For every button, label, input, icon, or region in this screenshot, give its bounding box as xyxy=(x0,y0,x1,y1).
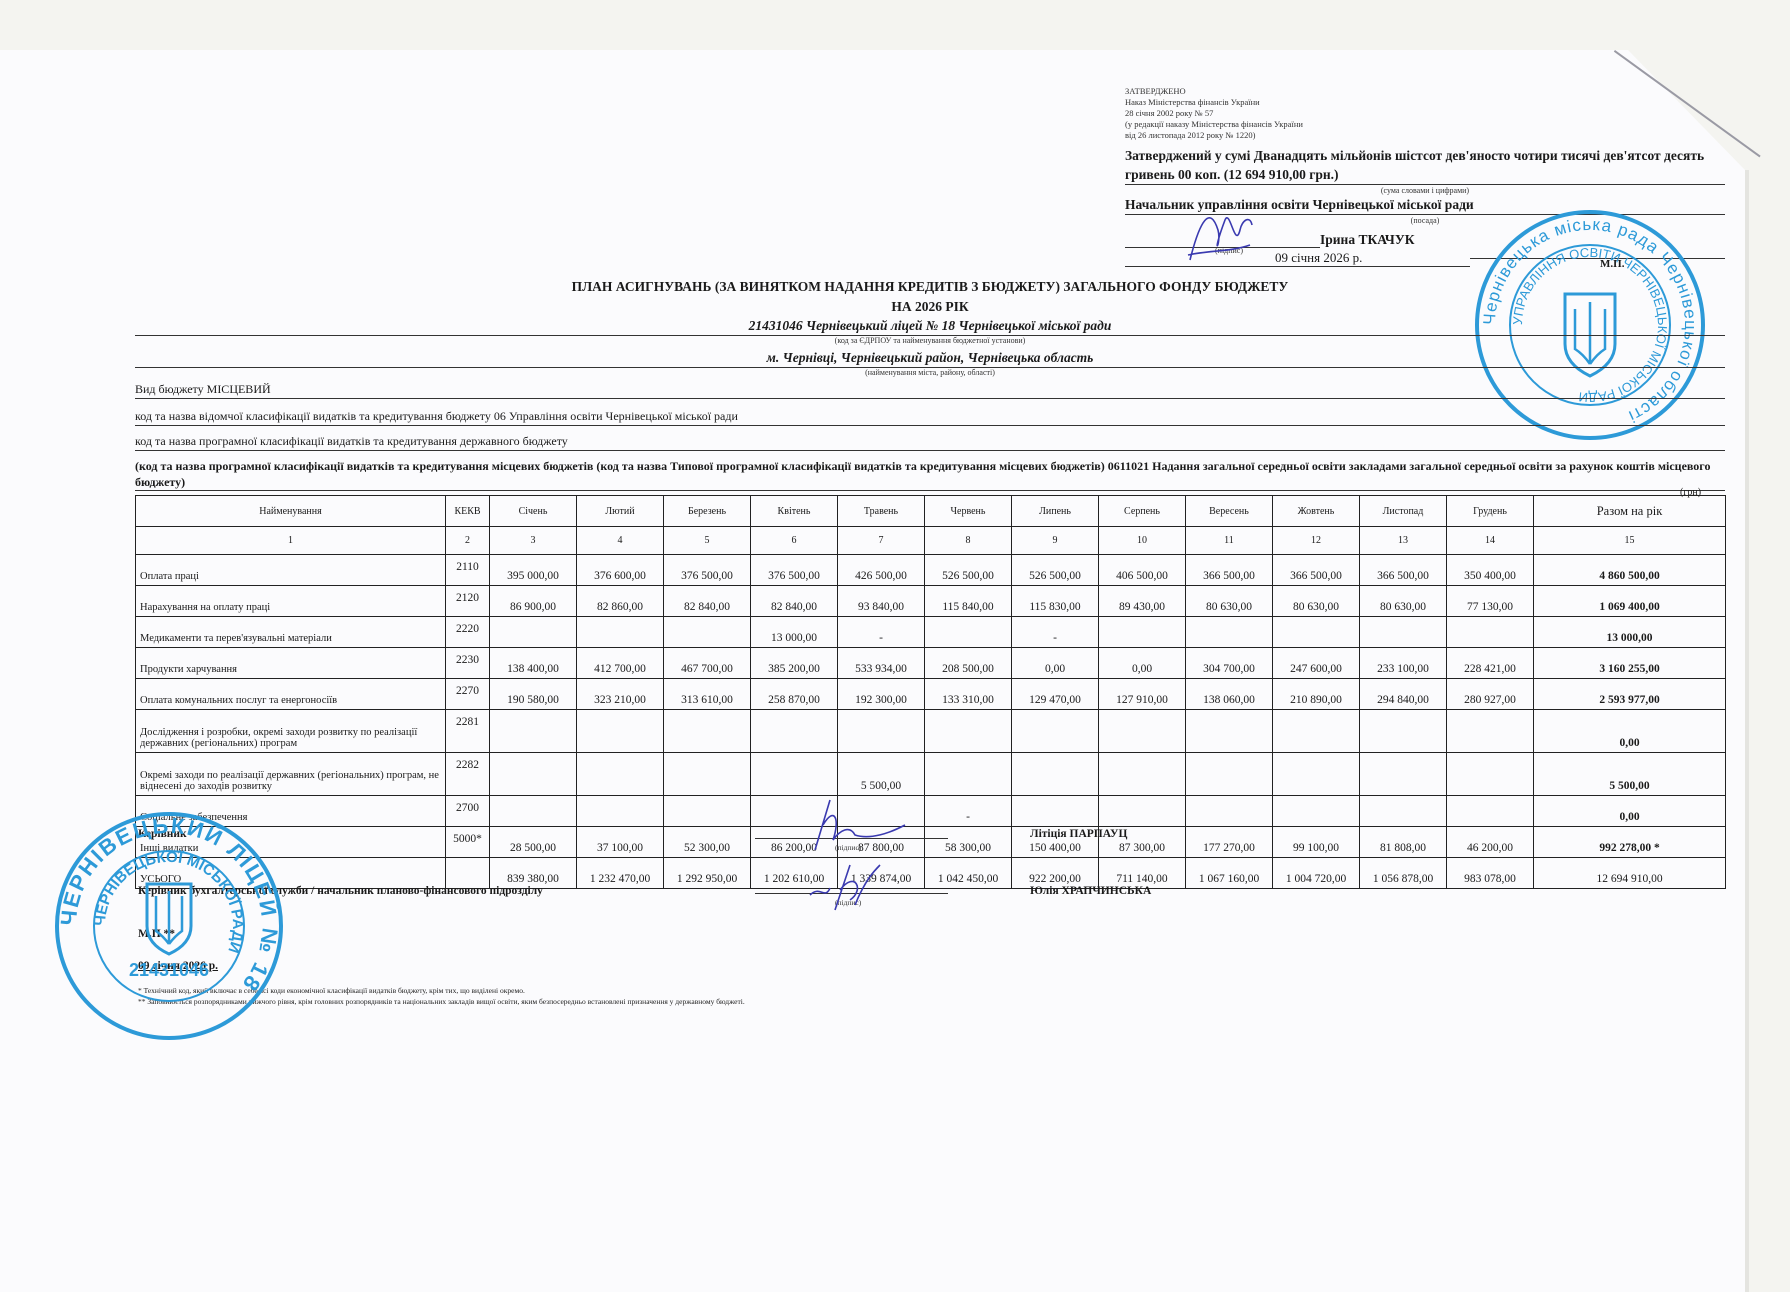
month-value xyxy=(1186,796,1273,827)
row-name: Медикаменти та перев'язувальні матеріали xyxy=(136,617,446,648)
column-index: 15 xyxy=(1534,527,1726,555)
approved-sum: Затверджений у сумі Дванадцять мільйонів… xyxy=(1125,146,1725,185)
column-index: 7 xyxy=(838,527,925,555)
approver-signature-icon xyxy=(1180,200,1260,270)
month-value: 526 500,00 xyxy=(1012,555,1099,586)
column-header: Січень xyxy=(490,496,577,527)
month-value: 426 500,00 xyxy=(838,555,925,586)
head-name: Літіція ПАРПАУЦ xyxy=(1030,828,1127,840)
column-index: 1 xyxy=(136,527,446,555)
column-index: 5 xyxy=(664,527,751,555)
approval-line: 28 січня 2002 року № 57 xyxy=(1125,108,1303,119)
month-value: 115 840,00 xyxy=(925,586,1012,617)
month-value: 366 500,00 xyxy=(1186,555,1273,586)
month-value: 406 500,00 xyxy=(1099,555,1186,586)
month-value: 376 600,00 xyxy=(577,555,664,586)
row-name: Продукти харчування xyxy=(136,648,446,679)
row-total: 992 278,00 * xyxy=(1534,827,1726,858)
month-value: 82 840,00 xyxy=(664,586,751,617)
row-code: 2230 xyxy=(446,648,490,679)
month-value: 82 840,00 xyxy=(751,586,838,617)
column-header: Грудень xyxy=(1447,496,1534,527)
state-program-classification: код та назва програмної класифікації вид… xyxy=(135,433,1725,451)
month-value: 93 840,00 xyxy=(838,586,925,617)
head-signature-icon xyxy=(795,795,915,855)
column-header: Разом на рік xyxy=(1534,496,1726,527)
row-name: Окремі заходи по реалізації державних (р… xyxy=(136,753,446,796)
allocation-table: НайменуванняКЕКВСіченьЛютийБерезеньКвіте… xyxy=(135,495,1726,889)
month-value xyxy=(664,617,751,648)
month-value: 1 004 720,00 xyxy=(1273,858,1360,889)
row-code: 2120 xyxy=(446,586,490,617)
approval-date: 09 січня 2026 р. xyxy=(1125,250,1470,267)
month-value xyxy=(1012,710,1099,753)
row-total: 5 500,00 xyxy=(1534,753,1726,796)
month-value: 99 100,00 xyxy=(1273,827,1360,858)
month-value: 839 380,00 xyxy=(490,858,577,889)
column-index: 2 xyxy=(446,527,490,555)
month-value: 210 890,00 xyxy=(1273,679,1360,710)
month-value xyxy=(925,617,1012,648)
month-value: 190 580,00 xyxy=(490,679,577,710)
month-value: 1 067 160,00 xyxy=(1186,858,1273,889)
month-value: - xyxy=(838,617,925,648)
title-line-1: ПЛАН АСИГНУВАНЬ (ЗА ВИНЯТКОМ НАДАННЯ КРЕ… xyxy=(540,277,1320,297)
approval-line: ЗАТВЕРДЖЕНО xyxy=(1125,86,1303,97)
month-value xyxy=(1447,753,1534,796)
month-value: 385 200,00 xyxy=(751,648,838,679)
month-value xyxy=(1360,710,1447,753)
month-value: 922 200,00 xyxy=(1012,858,1099,889)
month-value xyxy=(1012,753,1099,796)
month-value: 127 910,00 xyxy=(1099,679,1186,710)
row-code: 2700 xyxy=(446,796,490,827)
month-value: 138 060,00 xyxy=(1186,679,1273,710)
month-value: 350 400,00 xyxy=(1447,555,1534,586)
svg-text:21431046: 21431046 xyxy=(129,960,209,980)
page-edge xyxy=(1745,170,1749,1292)
organization-name: 21431046 Чернівецький ліцей № 18 Черніве… xyxy=(135,317,1725,336)
departmental-classification: код та назва відомчої класифікації видат… xyxy=(135,408,1725,426)
location-caption: (найменування міста, району, області) xyxy=(135,368,1725,377)
month-value: 376 500,00 xyxy=(664,555,751,586)
month-value: 46 200,00 xyxy=(1447,827,1534,858)
table-row: Окремі заходи по реалізації державних (р… xyxy=(136,753,1726,796)
month-value xyxy=(925,753,1012,796)
document-title: ПЛАН АСИГНУВАНЬ (ЗА ВИНЯТКОМ НАДАННЯ КРЕ… xyxy=(540,277,1320,317)
column-index: 9 xyxy=(1012,527,1099,555)
row-code: 2220 xyxy=(446,617,490,648)
month-value: 177 270,00 xyxy=(1186,827,1273,858)
month-value: - xyxy=(1012,617,1099,648)
month-value xyxy=(751,753,838,796)
row-code: 2281 xyxy=(446,710,490,753)
table-row: Медикаменти та перев'язувальні матеріали… xyxy=(136,617,1726,648)
row-total: 12 694 910,00 xyxy=(1534,858,1726,889)
approver-name: Ірина ТКАЧУК xyxy=(1320,232,1415,248)
column-header: Серпень xyxy=(1099,496,1186,527)
month-value: 366 500,00 xyxy=(1273,555,1360,586)
local-program-classification: (код та назва програмної класифікації ви… xyxy=(135,458,1725,491)
column-header: Травень xyxy=(838,496,925,527)
column-index: 12 xyxy=(1273,527,1360,555)
budget-type: Вид бюджету МІСЦЕВИЙ xyxy=(135,381,1725,399)
month-value xyxy=(1099,710,1186,753)
column-index: 6 xyxy=(751,527,838,555)
month-value: 1 232 470,00 xyxy=(577,858,664,889)
column-index: 4 xyxy=(577,527,664,555)
month-value xyxy=(577,796,664,827)
table-row: Дослідження і розробки, окремі заходи ро… xyxy=(136,710,1726,753)
row-name: Нарахування на оплату праці xyxy=(136,586,446,617)
month-value: 81 808,00 xyxy=(1360,827,1447,858)
table-row: Соціальне забезпечення2700-0,00 xyxy=(136,796,1726,827)
month-value: 0,00 xyxy=(1012,648,1099,679)
month-value: 1 292 950,00 xyxy=(664,858,751,889)
column-header: КЕКВ xyxy=(446,496,490,527)
month-value xyxy=(1447,617,1534,648)
organization-caption: (код за ЄДРПОУ та найменування бюджетної… xyxy=(135,336,1725,345)
month-value xyxy=(1447,710,1534,753)
month-value xyxy=(664,710,751,753)
month-value: 280 927,00 xyxy=(1447,679,1534,710)
month-value: 129 470,00 xyxy=(1012,679,1099,710)
column-header: Червень xyxy=(925,496,1012,527)
month-value xyxy=(664,753,751,796)
month-value xyxy=(490,796,577,827)
column-header: Лютий xyxy=(577,496,664,527)
month-value: 395 000,00 xyxy=(490,555,577,586)
column-header: Жовтень xyxy=(1273,496,1360,527)
month-value: 77 130,00 xyxy=(1447,586,1534,617)
month-value: 82 860,00 xyxy=(577,586,664,617)
location-name: м. Чернівці, Чернівецький район, Черніве… xyxy=(135,349,1725,368)
month-value: 1 042 450,00 xyxy=(925,858,1012,889)
month-value xyxy=(1360,796,1447,827)
month-value xyxy=(1360,617,1447,648)
month-value xyxy=(490,710,577,753)
row-total: 13 000,00 xyxy=(1534,617,1726,648)
month-value xyxy=(1186,753,1273,796)
column-header: Вересень xyxy=(1186,496,1273,527)
month-value: 5 500,00 xyxy=(838,753,925,796)
month-value: 192 300,00 xyxy=(838,679,925,710)
accountant-name: Юлія ХРАПЧИНСЬКА xyxy=(1030,885,1151,897)
month-value: 0,00 xyxy=(1099,648,1186,679)
month-value: 323 210,00 xyxy=(577,679,664,710)
approval-line: (у редакції наказу Міністерства фінансів… xyxy=(1125,119,1303,130)
column-index: 3 xyxy=(490,527,577,555)
month-value: 133 310,00 xyxy=(925,679,1012,710)
column-index: 8 xyxy=(925,527,1012,555)
table-row: Оплата комунальних послуг та енергоносії… xyxy=(136,679,1726,710)
month-value xyxy=(1273,753,1360,796)
column-index: 14 xyxy=(1447,527,1534,555)
month-value: 37 100,00 xyxy=(577,827,664,858)
month-value xyxy=(1186,710,1273,753)
column-header: Листопад xyxy=(1360,496,1447,527)
sum-caption: (сума словами і цифрами) xyxy=(1125,185,1725,196)
month-value xyxy=(1099,617,1186,648)
row-name: Оплата праці xyxy=(136,555,446,586)
month-value xyxy=(1273,796,1360,827)
month-value: 247 600,00 xyxy=(1273,648,1360,679)
month-value xyxy=(838,710,925,753)
month-value: 412 700,00 xyxy=(577,648,664,679)
month-value: 208 500,00 xyxy=(925,648,1012,679)
row-total: 0,00 xyxy=(1534,710,1726,753)
month-value xyxy=(490,617,577,648)
month-value xyxy=(577,753,664,796)
month-value xyxy=(1099,753,1186,796)
table-row: Нарахування на оплату праці212086 900,00… xyxy=(136,586,1726,617)
month-value: 28 500,00 xyxy=(490,827,577,858)
month-value xyxy=(751,710,838,753)
month-value: 526 500,00 xyxy=(925,555,1012,586)
month-value: 1 056 878,00 xyxy=(1360,858,1447,889)
row-name: Дослідження і розробки, окремі заходи ро… xyxy=(136,710,446,753)
month-value: 304 700,00 xyxy=(1186,648,1273,679)
column-index: 10 xyxy=(1099,527,1186,555)
approval-reference: ЗАТВЕРДЖЕНО Наказ Міністерства фінансів … xyxy=(1125,86,1303,141)
month-value: 711 140,00 xyxy=(1099,858,1186,889)
month-value: 467 700,00 xyxy=(664,648,751,679)
row-total: 0,00 xyxy=(1534,796,1726,827)
row-total: 2 593 977,00 xyxy=(1534,679,1726,710)
month-value: 313 610,00 xyxy=(664,679,751,710)
month-value: 80 630,00 xyxy=(1186,586,1273,617)
column-header: Липень xyxy=(1012,496,1099,527)
table-row: Продукти харчування2230138 400,00412 700… xyxy=(136,648,1726,679)
month-value: 258 870,00 xyxy=(751,679,838,710)
month-value: 80 630,00 xyxy=(1360,586,1447,617)
month-value xyxy=(577,710,664,753)
row-code xyxy=(446,858,490,889)
month-value: 89 430,00 xyxy=(1099,586,1186,617)
row-total: 4 860 500,00 xyxy=(1534,555,1726,586)
month-value: 376 500,00 xyxy=(751,555,838,586)
month-value: 52 300,00 xyxy=(664,827,751,858)
month-value: 294 840,00 xyxy=(1360,679,1447,710)
row-code: 5000* xyxy=(446,827,490,858)
month-value xyxy=(1360,753,1447,796)
row-code: 2110 xyxy=(446,555,490,586)
table-row: УСЬОГО839 380,001 232 470,001 292 950,00… xyxy=(136,858,1726,889)
column-index-row: 123456789101112131415 xyxy=(136,527,1726,555)
row-total: 1 069 400,00 xyxy=(1534,586,1726,617)
stamp-emblem-icon: ЧЕРНІВЕЦЬКИЙ ЛІЦЕЙ № 18 ЧЕРНІВЕЦЬКОЇ МІС… xyxy=(59,816,279,1036)
approval-line: Наказ Міністерства фінансів України xyxy=(1125,97,1303,108)
month-value: 13 000,00 xyxy=(751,617,838,648)
column-header: Березень xyxy=(664,496,751,527)
column-index: 13 xyxy=(1360,527,1447,555)
month-value: 80 630,00 xyxy=(1273,586,1360,617)
row-total: 3 160 255,00 xyxy=(1534,648,1726,679)
month-value: 983 078,00 xyxy=(1447,858,1534,889)
month-value xyxy=(1099,796,1186,827)
month-value xyxy=(577,617,664,648)
month-value: 233 100,00 xyxy=(1360,648,1447,679)
month-value: 533 934,00 xyxy=(838,648,925,679)
title-line-2: НА 2026 РІК xyxy=(540,297,1320,317)
month-value xyxy=(1012,796,1099,827)
approval-line: від 26 листопада 2012 року № 1220) xyxy=(1125,130,1303,141)
column-index: 11 xyxy=(1186,527,1273,555)
month-value xyxy=(1273,617,1360,648)
column-header: Найменування xyxy=(136,496,446,527)
month-value: 86 900,00 xyxy=(490,586,577,617)
month-value xyxy=(664,796,751,827)
table-row: Оплата праці2110395 000,00376 600,00376 … xyxy=(136,555,1726,586)
row-code: 2282 xyxy=(446,753,490,796)
month-value xyxy=(925,710,1012,753)
column-header: Квітень xyxy=(751,496,838,527)
month-value: - xyxy=(925,796,1012,827)
accountant-signature-icon xyxy=(800,860,890,920)
month-value xyxy=(1447,796,1534,827)
month-value: 138 400,00 xyxy=(490,648,577,679)
table-header-row: НайменуванняКЕКВСіченьЛютийБерезеньКвіте… xyxy=(136,496,1726,527)
month-value: 228 421,00 xyxy=(1447,648,1534,679)
month-value: 366 500,00 xyxy=(1360,555,1447,586)
month-value xyxy=(490,753,577,796)
table-row: Інші видатки5000*28 500,0037 100,0052 30… xyxy=(136,827,1726,858)
row-code: 2270 xyxy=(446,679,490,710)
school-stamp: ЧЕРНІВЕЦЬКИЙ ЛІЦЕЙ № 18 ЧЕРНІВЕЦЬКОЇ МІС… xyxy=(55,812,283,1040)
month-value: 115 830,00 xyxy=(1012,586,1099,617)
month-value xyxy=(1273,710,1360,753)
row-name: Оплата комунальних послуг та енергоносії… xyxy=(136,679,446,710)
month-value xyxy=(1186,617,1273,648)
month-value: 58 300,00 xyxy=(925,827,1012,858)
